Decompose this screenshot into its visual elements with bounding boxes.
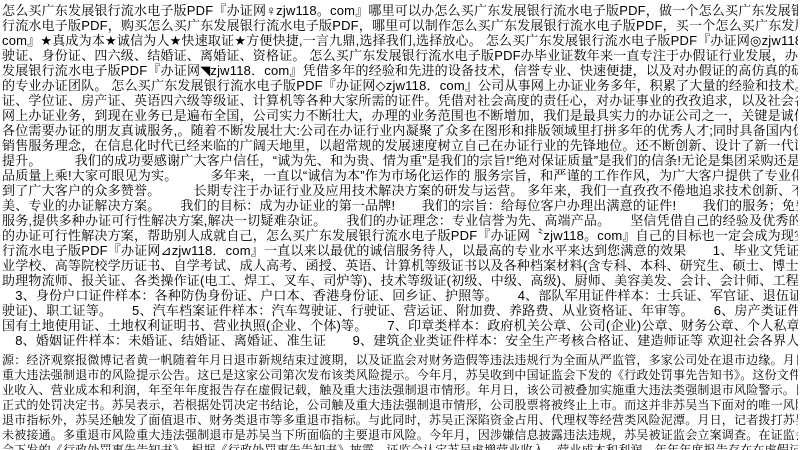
news-text-line: 未被接通。多重退市风险重大违法强制退市是苏吴当下所面临的主要退市风险。今年月，因…: [2, 428, 798, 443]
promo-text-line: 助理物流师、报关证、各类操作证(电工、焊工、叉车、司炉等)、技术等级证(初级、中…: [2, 273, 798, 288]
promo-text-line: 各位需要办证的朋友真诚服务,。随着不断发展壮大:公司在办证行业内凝聚了众多在图形…: [2, 123, 798, 138]
promo-text-line: com』★真成为本★诚信为人★快速取证★方便快捷,一言九鼎,选择我们,选择放心。…: [2, 33, 798, 48]
promo-text-line: 怎么买广东发展银行流水电子版PDF『办证网♀zjw118。com』哪里可以办怎么…: [2, 3, 798, 18]
promo-text-line: 网上办证业务，到现在业务已是遍布全国，公司实力不断壮大，办理的业务范围也不断增加…: [2, 108, 798, 123]
promo-text-line: 驶证、身份证、四六级、结婚证、离婚证、资格证。 怎么买广东发展银行流水电子版PD…: [2, 48, 798, 63]
promo-text-line: 驶证)、职工证等。 5、汽车档案证件样本：汽车驾驶证、行驶证、营运证、附加费、养…: [2, 303, 798, 318]
promo-text-line: 业学校、高等院校学历证书、自学考试、成人高考、函授、英语、计算机等级证书以及各种…: [2, 258, 798, 273]
news-text-line: 正式的处罚决定书。苏吴表示，若根据处罚决定书结论，公司触及重大违法强制退市情形，…: [2, 398, 798, 413]
promo-text-line: 国有土地使用证、土地权利证明书、营业执照(企业、个体)等。 7、印章类样本：政府…: [2, 318, 798, 333]
promo-text-line: 美、专业的办证解决方案。 我们的目标：成为办证业的第一品牌! 我们的宗旨：给每位…: [2, 198, 798, 213]
promo-text-line: 服务,提供多种办证可行性解决方案,解决一切疑难杂证。 我们的办证理念：专业信誉为…: [2, 213, 798, 228]
spam-text-page: 怎么买广东发展银行流水电子版PDF『办证网♀zjw118。com』哪里可以办怎么…: [0, 0, 800, 450]
promo-text-line: 的专业办证团队。 怎么买广东发展银行流水电子版PDF『办证网◇zjw118．co…: [2, 78, 798, 93]
promo-text-section: 怎么买广东发展银行流水电子版PDF『办证网♀zjw118。com』哪里可以办怎么…: [2, 3, 798, 348]
promo-text-line: 行流水电子版PDF，购买怎么买广东发展银行流水电子版PDF，哪里可以制作怎么买广…: [2, 18, 798, 33]
promo-text-line: 的办证可行性解决方案，帮助别人成就自己，怎么买广东发展银行流水电子版PDF『办证…: [2, 228, 798, 243]
news-text-line: 源：经济观察报微博记者黄一帆随着年月日退市新规结束过渡期，以及证监会对财务造假等…: [2, 353, 798, 368]
news-article-section: 源：经济观察报微博记者黄一帆随着年月日退市新规结束过渡期，以及证监会对财务造假等…: [2, 353, 798, 450]
promo-text-line: 8、婚姻证件样本：未婚证、结婚证、离婚证、准生证 9、建筑企业类证件样本：安全生…: [2, 333, 798, 348]
promo-text-line: 提升。 我们的成功要感谢广大客户信任，“诚为先、和为贵、情为重”是我们的宗旨!“…: [2, 153, 798, 168]
news-text-line: 业收入、营业成本和利润，年至年年度报告存在虚假记载，触及重大违法强制退市情形。年…: [2, 383, 798, 398]
news-text-line: 会下发的《行政处罚事先告知书》。根据《行政处罚事先告知书》披露，证监会认定苏吴虚…: [2, 443, 798, 450]
news-text-line: 退市指标外，苏吴还触发了面值退市、财务类退市等多重退市指标。与此同时，苏吴正深陷…: [2, 413, 798, 428]
promo-text-line: 销售服务理念，在信息化时代已经来临的广阔天地里，以超常规的发展速度树立自己在办证…: [2, 138, 798, 153]
promo-text-line: 发展银行流水电子版PDF『办证网◥zjw118．com』凭借多年的经验和先进的设…: [2, 63, 798, 78]
promo-text-line: 3、身份户口证件样本：各种防伪身份证、户口本、香港身份证、回乡证、护照等。 4、…: [2, 288, 798, 303]
promo-text-line: 证、学位证、房产证、英语四六级等级证、计算机等各种大家所需的证件。凭借对社会高度…: [2, 93, 798, 108]
promo-text-line: 行流水电子版PDF『办证网⊿zjw118．com』一直以来以最优的诚信服务待人，…: [2, 243, 798, 258]
promo-text-line: 品质量上乘!大家可眼见为实。 多年来，一直以“诚信为本”作为市场化运作的 服务宗…: [2, 168, 798, 183]
news-text-line: 重大违法强制退市的风险提示公告。这已是这家公司第次发布该类风险提示。今年月，苏吴…: [2, 368, 798, 383]
promo-text-line: 到了广大客户的众多赞誉。 长期专注于办证行业及应用技术解决方案的研发与运营。 多…: [2, 183, 798, 198]
